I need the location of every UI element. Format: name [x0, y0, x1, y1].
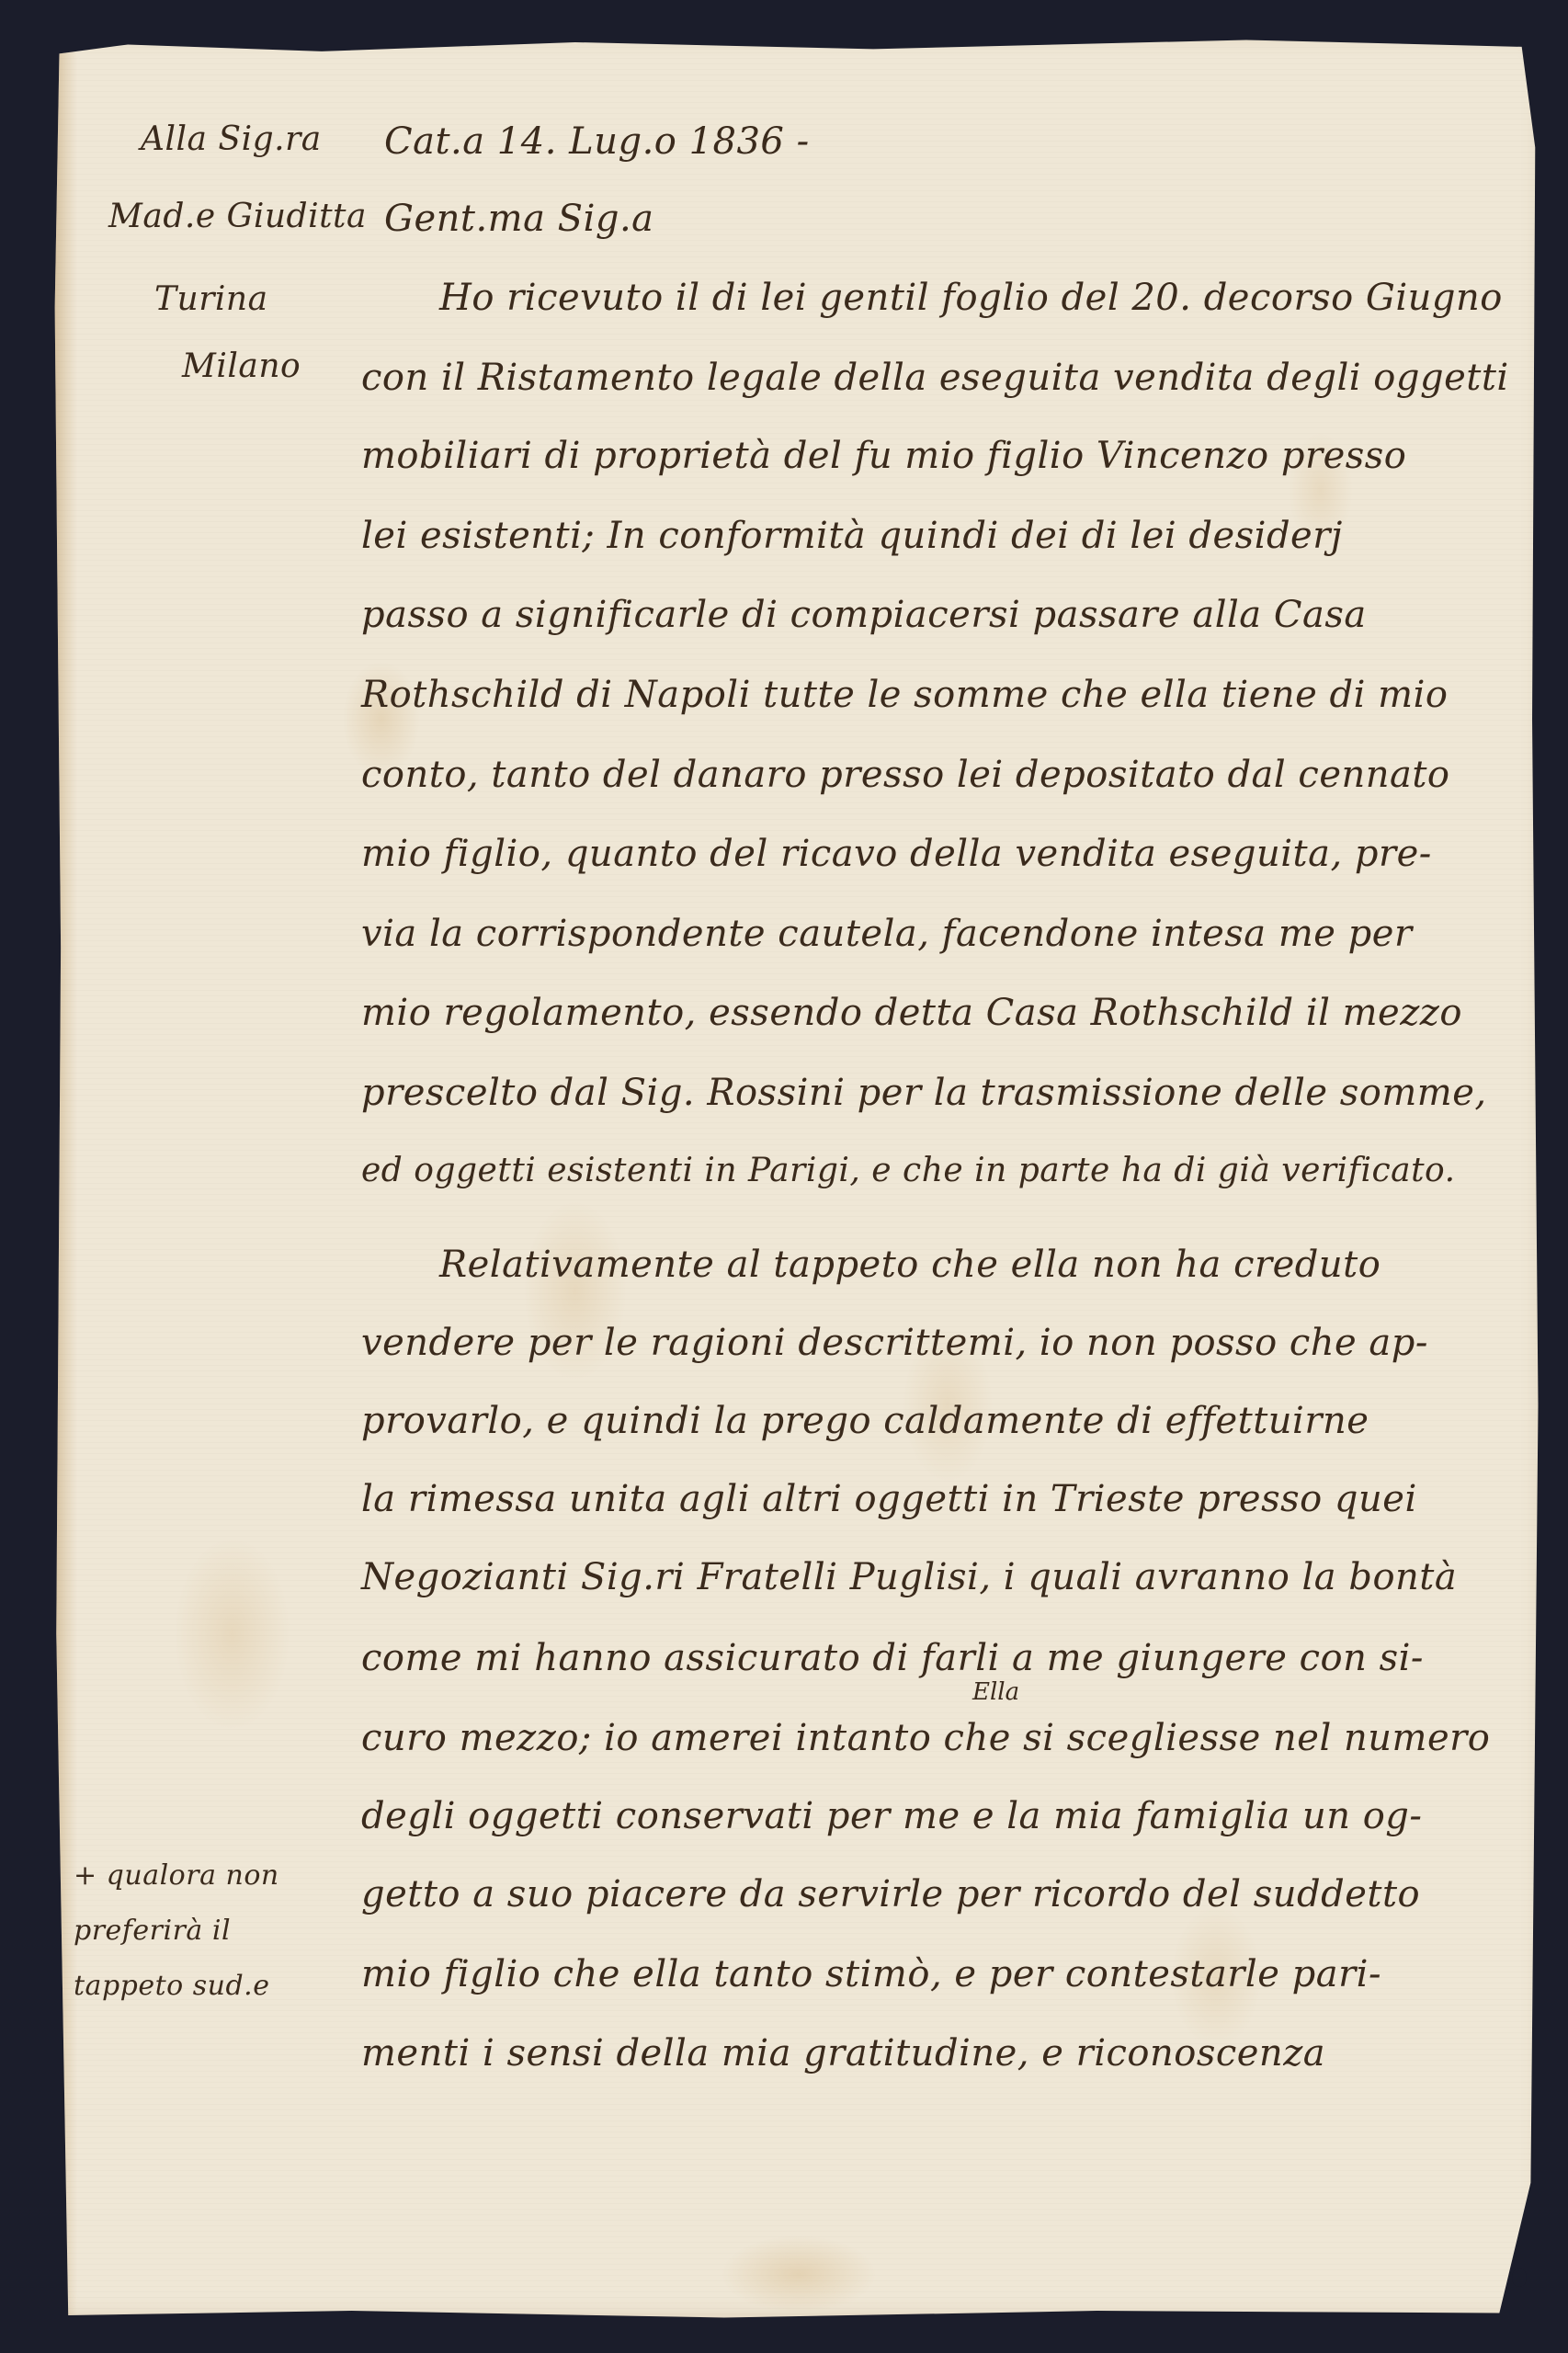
body-line: Negozianti Sig.ri Fratelli Puglisi, i qu…	[361, 1559, 1457, 1596]
body-line: lei esistenti; In conformità quindi dei …	[361, 517, 1343, 554]
interlinear-insert: Ella	[972, 1678, 1019, 1706]
body-line: Rothschild di Napoli tutte le somme che …	[361, 676, 1448, 713]
address-line-4: Milano	[182, 350, 301, 383]
body-line: con il Ristamento legale della eseguita …	[361, 359, 1509, 396]
margin-note-line-1: + qualora non	[74, 1862, 279, 1890]
paper-hole	[1512, 2268, 1527, 2287]
address-line-1: Alla Sig.ra	[141, 123, 322, 156]
body-line: Ho ricevuto il di lei gentil foglio del …	[439, 279, 1503, 316]
body-line: la rimessa unita agli altri oggetti in T…	[361, 1481, 1417, 1518]
body-line: ed oggetti esistenti in Parigi, e che in…	[361, 1154, 1456, 1188]
body-line: provarlo, e quindi la prego caldamente d…	[361, 1403, 1369, 1439]
body-line: passo a significarle di compiacersi pass…	[361, 597, 1367, 633]
address-line-3: Turina	[154, 283, 268, 316]
body-line: mio figlio, quanto del ricavo della vend…	[361, 835, 1432, 872]
body-line: Relativamente al tappeto che ella non ha…	[439, 1246, 1381, 1283]
letter-date: Cat.a 14. Lug.o 1836 -	[384, 123, 810, 160]
margin-note-line-3: tappeto sud.e	[74, 1972, 269, 2000]
body-line: conto, tanto del danaro presso lei depos…	[361, 756, 1450, 793]
letter-page: Alla Sig.ra Mad.e Giuditta Turina Milano…	[53, 33, 1544, 2320]
body-line: menti i sensi della mia gratitudine, e r…	[361, 2035, 1325, 2072]
body-line: degli oggetti conservati per me e la mia…	[361, 1798, 1422, 1835]
body-line: via la corrispondente cautela, facendone…	[361, 915, 1413, 952]
address-line-2: Mad.e Giuditta	[108, 200, 367, 233]
body-line: vendere per le ragioni descrittemi, io n…	[361, 1324, 1428, 1361]
body-line: curo mezzo; io amerei intanto che si sce…	[361, 1720, 1490, 1756]
body-line: mio figlio che ella tanto stimò, e per c…	[361, 1956, 1381, 1993]
body-line: come mi hanno assicurato di farli a me g…	[361, 1640, 1424, 1677]
body-line: getto a suo piacere da servirle per rico…	[361, 1876, 1420, 1913]
margin-note-line-2: preferirà il	[74, 1917, 231, 1945]
letter-salutation: Gent.ma Sig.a	[384, 200, 654, 237]
body-line: mobiliari di proprietà del fu mio figlio…	[361, 438, 1406, 474]
body-line: prescelto dal Sig. Rossini per la trasmi…	[361, 1074, 1487, 1111]
body-line: mio regolamento, essendo detta Casa Roth…	[361, 995, 1462, 1031]
